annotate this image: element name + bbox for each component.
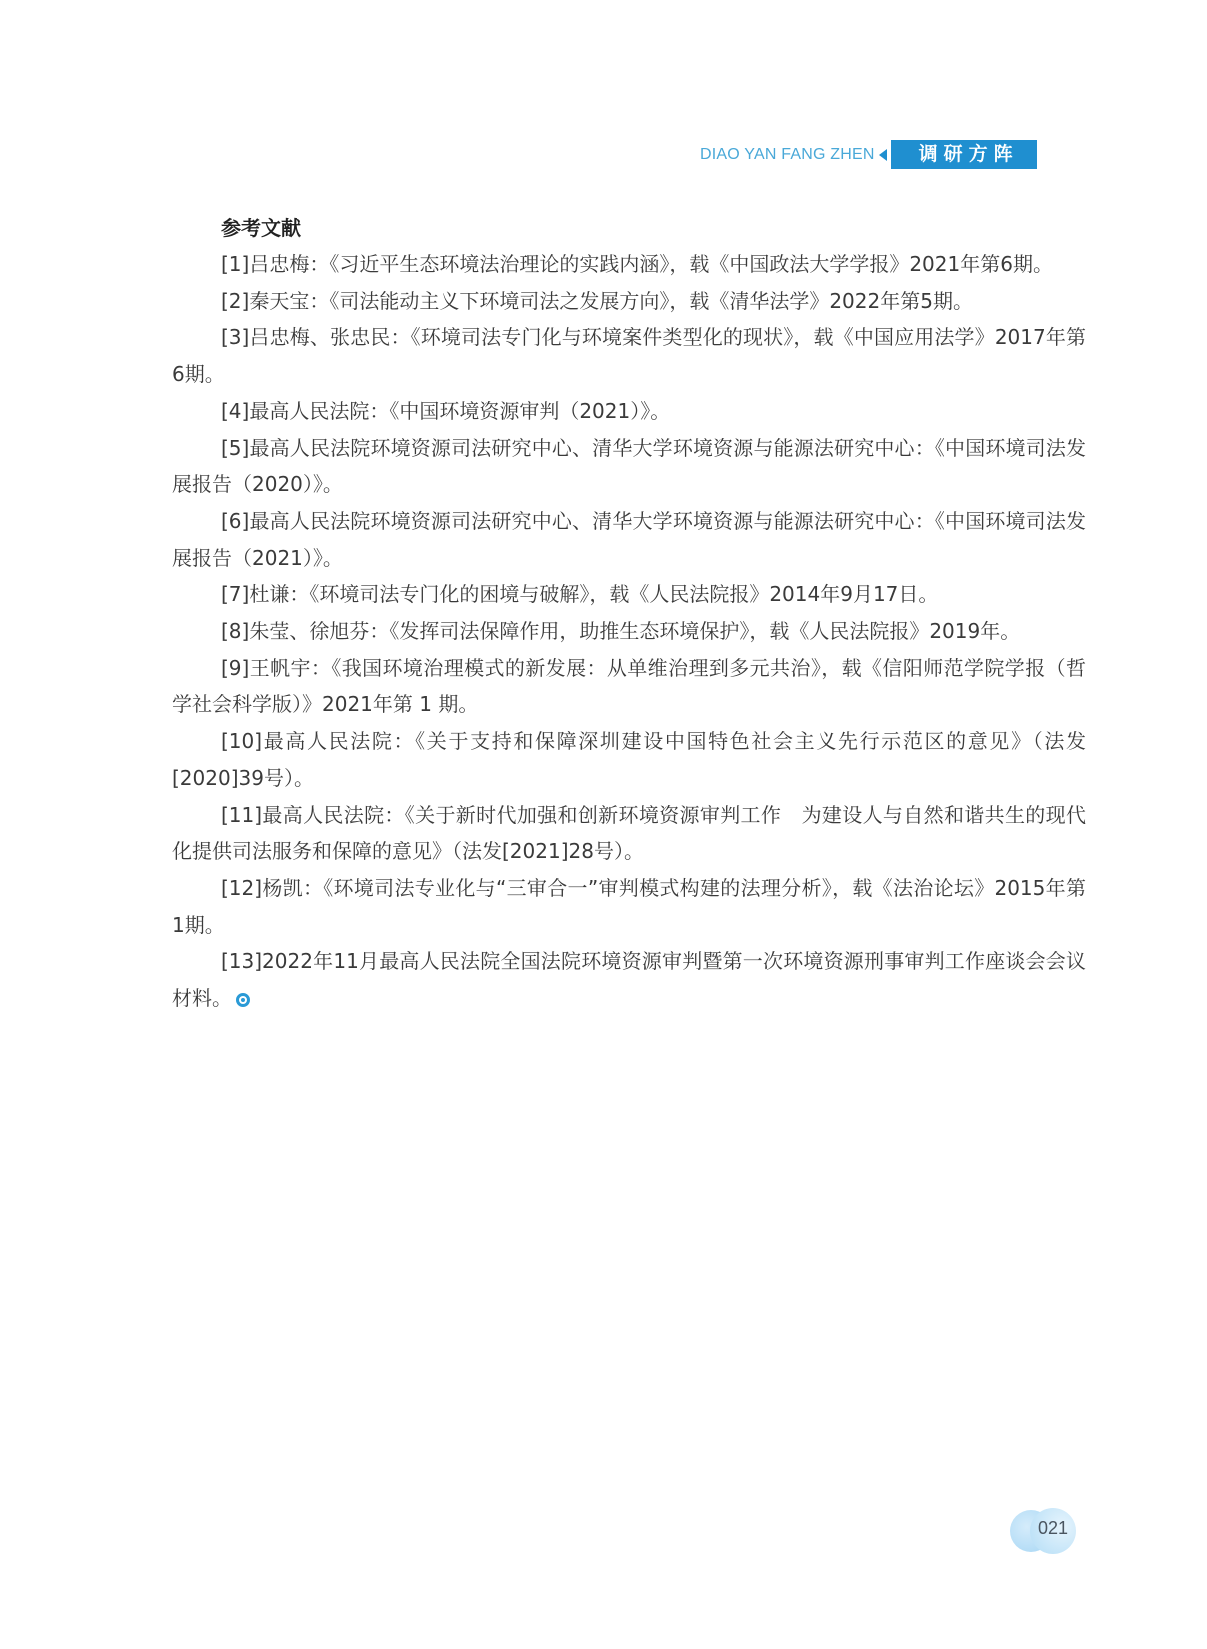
reference-item: [9]王帆宇：《我国环境治理模式的新发展：从单维治理到多元共治》，载《信阳师范学…: [172, 650, 1086, 723]
page-number-badge: 021: [1010, 1508, 1090, 1552]
section-title: 参考文献: [172, 210, 1086, 246]
article-end-logo-icon: [236, 993, 250, 1007]
header-english-title: DIAO YAN FANG ZHEN: [700, 146, 875, 164]
reference-item: [1]吕忠梅：《习近平生态环境法治理论的实践内涵》，载《中国政法大学学报》202…: [172, 246, 1086, 283]
reference-item: [5]最高人民法院环境资源司法研究中心、清华大学环境资源与能源法研究中心：《中国…: [172, 430, 1086, 503]
running-header: DIAO YAN FANG ZHEN 调研方阵: [700, 140, 1037, 169]
reference-item: [7]杜谦：《环境司法专门化的困境与破解》，载《人民法院报》2014年9月17日…: [172, 576, 1086, 613]
reference-text: [13]2022年11月最高人民法院全国法院环境资源审判暨第一次环境资源刑事审判…: [172, 949, 1086, 1010]
reference-item: [11]最高人民法院：《关于新时代加强和创新环境资源审判工作 为建设人与自然和谐…: [172, 797, 1086, 870]
header-arrow-icon: [879, 149, 887, 161]
reference-item: [6]最高人民法院环境资源司法研究中心、清华大学环境资源与能源法研究中心：《中国…: [172, 503, 1086, 576]
header-column-badge: 调研方阵: [891, 140, 1037, 169]
reference-item: [8]朱莹、徐旭芬：《发挥司法保障作用，助推生态环境保护》，载《人民法院报》20…: [172, 613, 1086, 650]
reference-item: [3]吕忠梅、张忠民：《环境司法专门化与环境案件类型化的现状》，载《中国应用法学…: [172, 319, 1086, 392]
references-section: 参考文献 [1]吕忠梅：《习近平生态环境法治理论的实践内涵》，载《中国政法大学学…: [172, 210, 1086, 1017]
reference-item-last: [13]2022年11月最高人民法院全国法院环境资源审判暨第一次环境资源刑事审判…: [172, 943, 1086, 1016]
page-number: 021: [1038, 1518, 1068, 1539]
reference-item: [2]秦天宝：《司法能动主义下环境司法之发展方向》，载《清华法学》2022年第5…: [172, 283, 1086, 320]
reference-item: [12]杨凯：《环境司法专业化与“三审合一”审判模式构建的法理分析》，载《法治论…: [172, 870, 1086, 943]
reference-item: [10]最高人民法院：《关于支持和保障深圳建设中国特色社会主义先行示范区的意见》…: [172, 723, 1086, 796]
reference-item: [4]最高人民法院：《中国环境资源审判（2021）》。: [172, 393, 1086, 430]
